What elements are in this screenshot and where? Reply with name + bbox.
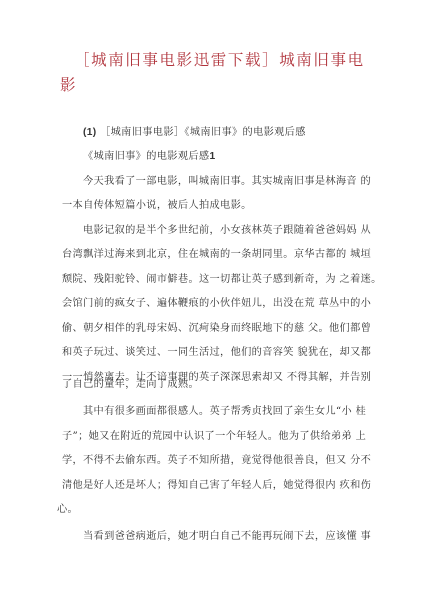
paragraph-line: 电影记叙的是半个多世纪前，小女孩林英子跟随着爸爸妈妈 从	[83, 224, 371, 238]
section-heading: (1) ［城南旧事电影］《城南旧事》的电影观后感	[83, 126, 306, 140]
subheading: 《城南旧事》的电影观后感1	[83, 150, 215, 164]
paragraph-line: 今天我看了一部电影，叫城南旧事。其实城南旧事是林海音 的	[83, 175, 371, 189]
subheading-number: 1	[209, 151, 215, 162]
subheading-text: 《城南旧事》的电影观后感	[83, 151, 209, 162]
paragraph-line: 当看到爸爸病逝后，她才明白自己不能再玩闹下去，应该懂 事	[83, 530, 371, 544]
paragraph-line: 颓院、残阳驼铃、闹市僻巷。这一切都让英子感到新奇，为 之着迷。	[62, 273, 382, 287]
paragraph-line: 心。	[57, 503, 78, 517]
paragraph-line: 学，不得不去偷东西。英子不知所措，竟觉得他很善良，但又 分不	[62, 454, 371, 468]
paragraph-line: 会馆门前的疯女子、遍体鞭痕的小伙伴妞儿，出没在荒 草丛中的小	[62, 297, 371, 311]
paragraph-line: 偷、朝夕相伴的乳母宋妈、沉疴染身而终眠地下的慈 父。他们都曾	[62, 322, 371, 336]
title-line-1: ［城南旧事电影迅雷下载］城南旧事电	[60, 48, 380, 73]
document-page: ［城南旧事电影迅雷下载］城南旧事电 影 (1) ［城南旧事电影］《城南旧事》的电…	[0, 0, 424, 600]
paragraph-line: 了自己的童年，走向了成熟。	[62, 378, 199, 392]
paragraph-line: 其中有很多画面都很感人。英子帮秀贞找回了亲生女儿“小 桂	[83, 405, 366, 419]
paragraph-line: 清他是好人还是坏人；得知自己害了年轻人后，她觉得很内 疚和伤	[62, 479, 371, 493]
document-title: ［城南旧事电影迅雷下载］城南旧事电 影	[60, 48, 380, 98]
section-number: (1)	[83, 127, 97, 138]
paragraph-line: 一本自传体短篇小说，被后人拍成电影。	[62, 199, 252, 213]
paragraph-line: 台湾飘洋过海来到北京，住在城南的一条胡同里。京华古都的 城垣	[62, 248, 371, 262]
paragraph-line: 子”；她又在附近的荒园中认识了一个年轻人。他为了供给弟弟 上	[62, 430, 366, 444]
section-heading-text: ［城南旧事电影］《城南旧事》的电影观后感	[100, 127, 306, 138]
title-line-2: 影	[60, 73, 380, 98]
paragraph-line: 和英子玩过、谈笑过、一同生活过，他们的音容笑 貌犹在，却又都	[62, 346, 371, 360]
